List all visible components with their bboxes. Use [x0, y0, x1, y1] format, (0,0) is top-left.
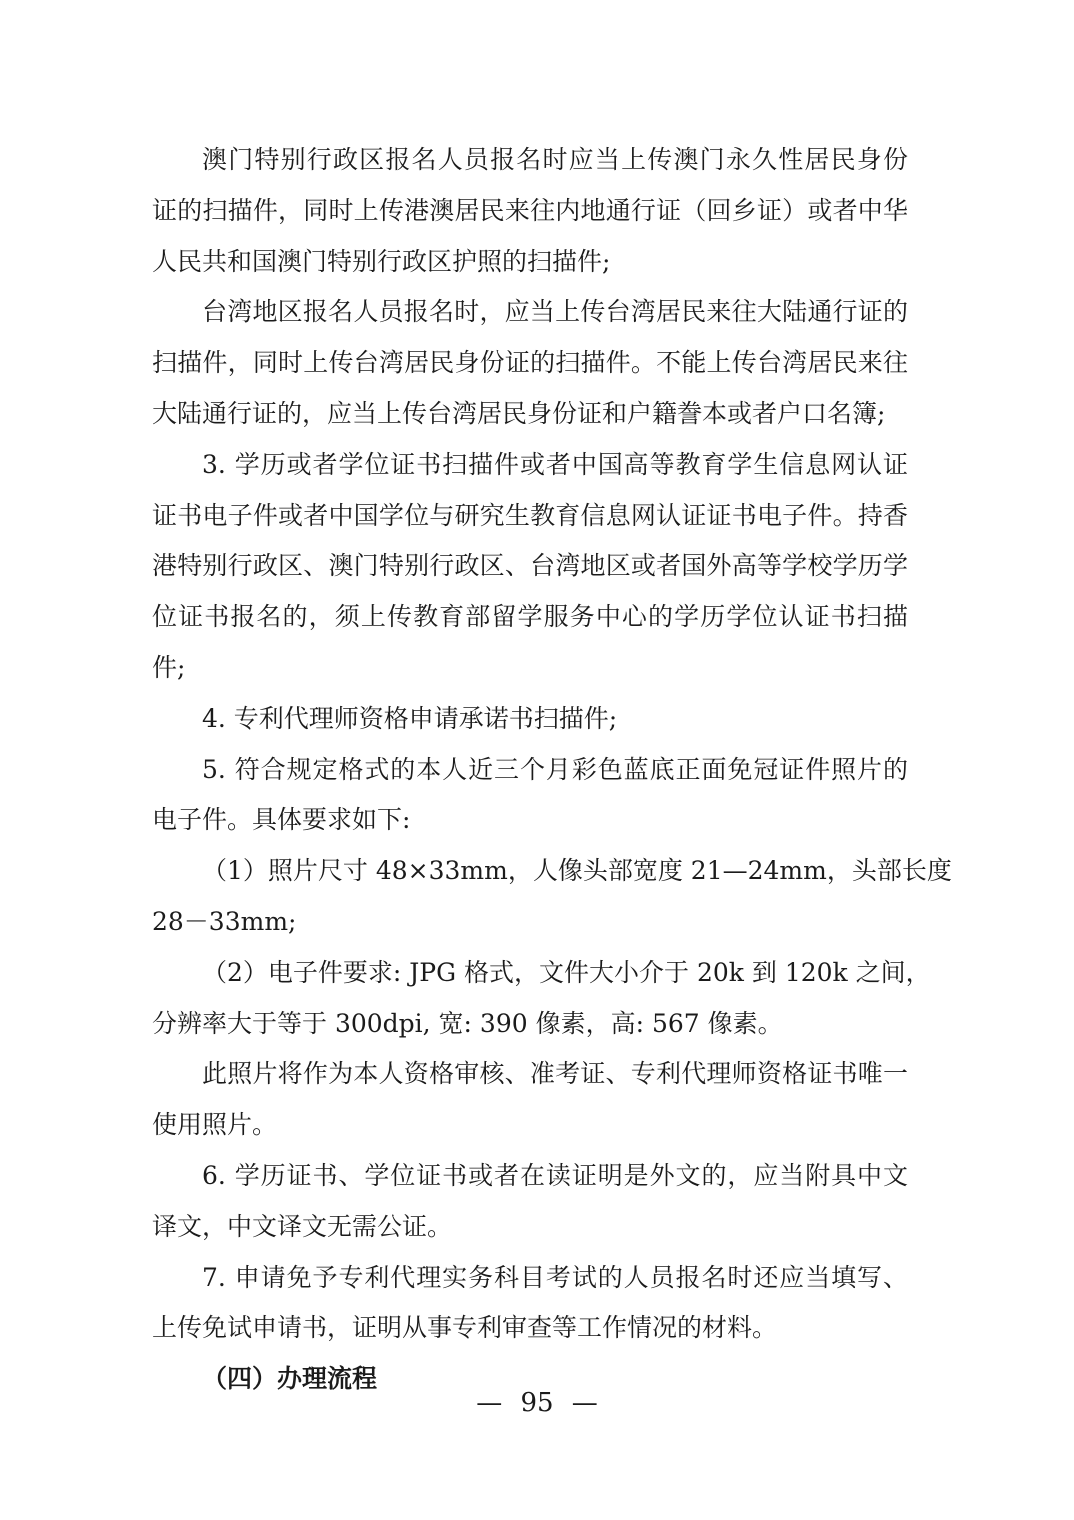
document-page: 澳门特别行政区报名人员报名时应当上传澳门永久性居民身份证的扫描件，同时上传港澳居… [0, 0, 1074, 1520]
text-line: 此照片将作为本人资格审核、准考证、专利代理师资格证书唯一 [152, 1049, 908, 1100]
text-line: （1）照片尺寸 48×33mm，人像头部宽度 21—24mm，头部长度 [152, 846, 908, 897]
text-line: （2）电子件要求: JPG 格式，文件大小介于 20k 到 120k 之间， [152, 948, 908, 999]
text-line: 译文，中文译文无需公证。 [152, 1202, 908, 1253]
text-line: 6. 学历证书、学位证书或者在读证明是外文的，应当附具中文 [152, 1151, 908, 1202]
text-line: 7. 申请免予专利代理实务科目考试的人员报名时还应当填写、 [152, 1253, 908, 1304]
text-line: 分辨率大于等于 300dpi, 宽: 390 像素，高: 567 像素。 [152, 999, 908, 1050]
text-line: 3. 学历或者学位证书扫描件或者中国高等教育学生信息网认证 [152, 440, 908, 491]
text-line: 4. 专利代理师资格申请承诺书扫描件; [152, 694, 908, 745]
text-line: 台湾地区报名人员报名时，应当上传台湾居民来往大陆通行证的 [152, 287, 908, 338]
text-line: 电子件。具体要求如下: [152, 795, 908, 846]
text-line: 人民共和国澳门特别行政区护照的扫描件; [152, 237, 908, 288]
text-line: 大陆通行证的，应当上传台湾居民身份证和户籍誊本或者户口名簿; [152, 389, 908, 440]
text-line: 使用照片。 [152, 1100, 908, 1151]
text-line: 5. 符合规定格式的本人近三个月彩色蓝底正面免冠证件照片的 [152, 745, 908, 796]
page-number: — 95 — [0, 1388, 1074, 1418]
text-line: 上传免试申请书，证明从事专利审查等工作情况的材料。 [152, 1303, 908, 1354]
text-line: 澳门特别行政区报名人员报名时应当上传澳门永久性居民身份 [152, 135, 908, 186]
text-line: 证的扫描件，同时上传港澳居民来往内地通行证（回乡证）或者中华 [152, 186, 908, 237]
text-line: 扫描件，同时上传台湾居民身份证的扫描件。不能上传台湾居民来往 [152, 338, 908, 389]
text-line: 位证书报名的，须上传教育部留学服务中心的学历学位认证书扫描 [152, 592, 908, 643]
text-line: 证书电子件或者中国学位与研究生教育信息网认证证书电子件。持香 [152, 491, 908, 542]
text-line: 件; [152, 643, 908, 694]
text-line: 港特别行政区、澳门特别行政区、台湾地区或者国外高等学校学历学 [152, 541, 908, 592]
text-line: 28－33mm; [152, 897, 908, 948]
document-body: 澳门特别行政区报名人员报名时应当上传澳门永久性居民身份证的扫描件，同时上传港澳居… [152, 135, 908, 1405]
